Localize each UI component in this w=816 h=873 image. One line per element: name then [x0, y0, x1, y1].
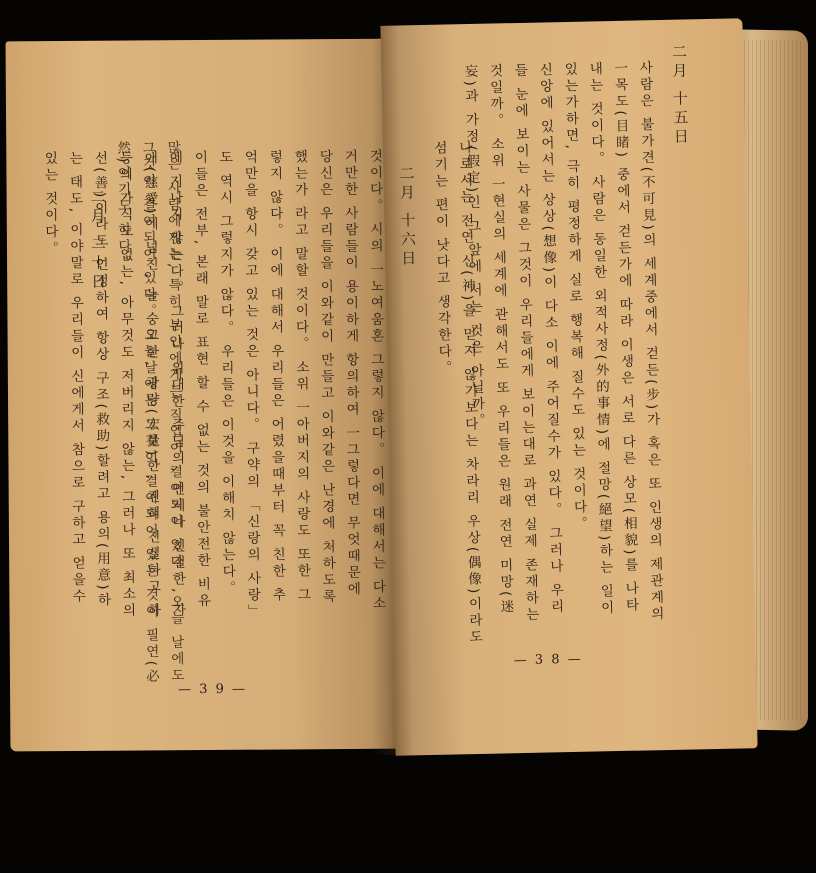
- entry-paragraph: 사람은 불가견(不可見)의 세계중에서 걷든(步)가 혹은 또 인생의 제관계의…: [556, 44, 668, 626]
- entry-heading: 二月 十六日: [392, 125, 428, 655]
- page-number-39: — 3 9 —: [178, 682, 247, 697]
- entry-heading: 二月 二十日: [84, 141, 113, 701]
- entry-feb-15: 二月 十五日 사람은 불가견(不可見)의 세계중에서 걷든(步)가 혹은 또 인…: [456, 43, 703, 628]
- entry-heading: 二月 十五日: [666, 43, 703, 623]
- page-number-38: — 3 8 —: [514, 652, 583, 668]
- open-book-scan: 것이다。 시의 一노여움혼 그렇지 않다。 이에 대해서는 다소 거만한 사람들…: [0, 0, 816, 873]
- left-page: 것이다。 시의 一노여움혼 그렇지 않다。 이에 대해서는 다소 거만한 사람들…: [6, 39, 411, 752]
- entry-feb-16: 나로서는 전연 신(神)을 믿지 않기보다는 차라리 우상(偶像)이라도 섬기는…: [392, 124, 486, 656]
- entry-paragraph: 많은 사람에게는, 특히 부인에게는 직업이 결여되어 있다。 오늘 날에도 그…: [109, 140, 188, 701]
- right-page: 二月 十五日 사람은 불가견(不可見)의 세계중에서 걷든(步)가 혹은 또 인…: [380, 18, 757, 755]
- entry-feb-20: 많은 사람에게는, 특히 부인에게는 직업이 결여되어 있다。 오늘 날에도 그…: [84, 140, 188, 701]
